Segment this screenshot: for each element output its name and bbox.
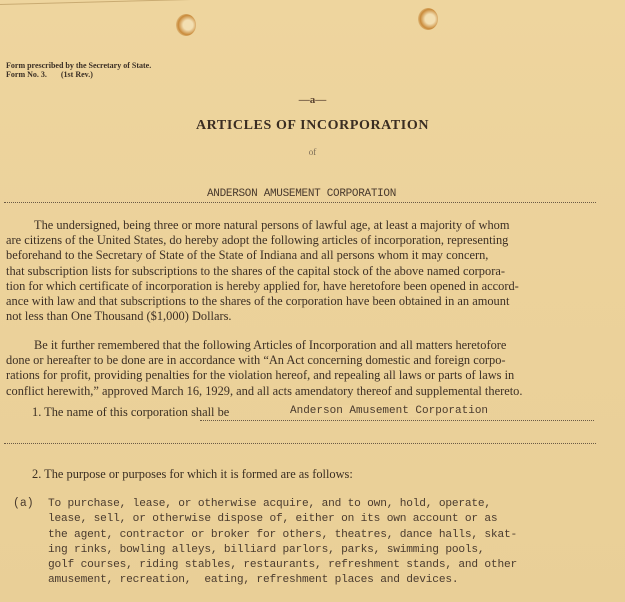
of-label: of bbox=[0, 147, 625, 157]
separator-mark: —a— bbox=[0, 94, 625, 106]
form-reference: Form prescribed by the Secretary of Stat… bbox=[6, 61, 151, 79]
paragraph-statute: Be it further remembered that the follow… bbox=[6, 338, 596, 399]
punch-hole-right bbox=[418, 8, 438, 30]
paragraph-line: rations for profit, providing penalties … bbox=[6, 368, 596, 383]
item-1-value: Anderson Amusement Corporation bbox=[290, 405, 488, 417]
form-number: Form No. 3. bbox=[6, 70, 47, 79]
purpose-line: lease, sell, or otherwise dispose of, ei… bbox=[48, 512, 517, 527]
paragraph-line: done or hereafter to be done are in acco… bbox=[6, 353, 596, 368]
blank-field-line bbox=[4, 443, 596, 444]
paragraph-line: not less than One Thousand ($1,000) Doll… bbox=[6, 309, 596, 324]
form-revision: (1st Rev.) bbox=[61, 70, 93, 79]
purpose-line: amusement, recreation, eating, refreshme… bbox=[48, 573, 517, 588]
form-prescribed-text: Form prescribed by the Secretary of Stat… bbox=[6, 61, 151, 70]
paragraph-line: ance with law and that subscriptions to … bbox=[6, 294, 596, 309]
paragraph-line: The undersigned, being three or more nat… bbox=[6, 218, 596, 233]
paragraph-line: conflict herewith,” approved March 16, 1… bbox=[6, 384, 596, 399]
paragraph-line: tion for which certificate of incorporat… bbox=[6, 279, 596, 294]
item-1-label: 1. The name of this corporation shall be bbox=[32, 405, 229, 420]
purpose-a-label: (a) bbox=[13, 497, 34, 510]
purpose-line: golf courses, riding stables, restaurant… bbox=[48, 558, 517, 573]
corporation-name-typed: ANDERSON AMUSEMENT CORPORATION bbox=[206, 188, 397, 200]
purpose-line: To purchase, lease, or otherwise acquire… bbox=[48, 497, 517, 512]
paragraph-line: that subscription lists for subscription… bbox=[6, 264, 596, 279]
paragraph-line: are citizens of the United States, do he… bbox=[6, 233, 596, 248]
paragraph-line: Be it further remembered that the follow… bbox=[6, 338, 596, 353]
item-2-label: 2. The purpose or purposes for which it … bbox=[32, 467, 353, 482]
purpose-line: ing rinks, bowling alleys, billiard parl… bbox=[48, 543, 517, 558]
purpose-a-text: To purchase, lease, or otherwise acquire… bbox=[48, 497, 517, 589]
paragraph-line: beforehand to the Secretary of State of … bbox=[6, 248, 596, 263]
paragraph-declaration: The undersigned, being three or more nat… bbox=[6, 218, 596, 324]
purpose-line: the agent, contractor or broker for othe… bbox=[48, 528, 517, 543]
document-title: ARTICLES OF INCORPORATION bbox=[0, 118, 625, 134]
punch-hole-left bbox=[176, 14, 196, 36]
